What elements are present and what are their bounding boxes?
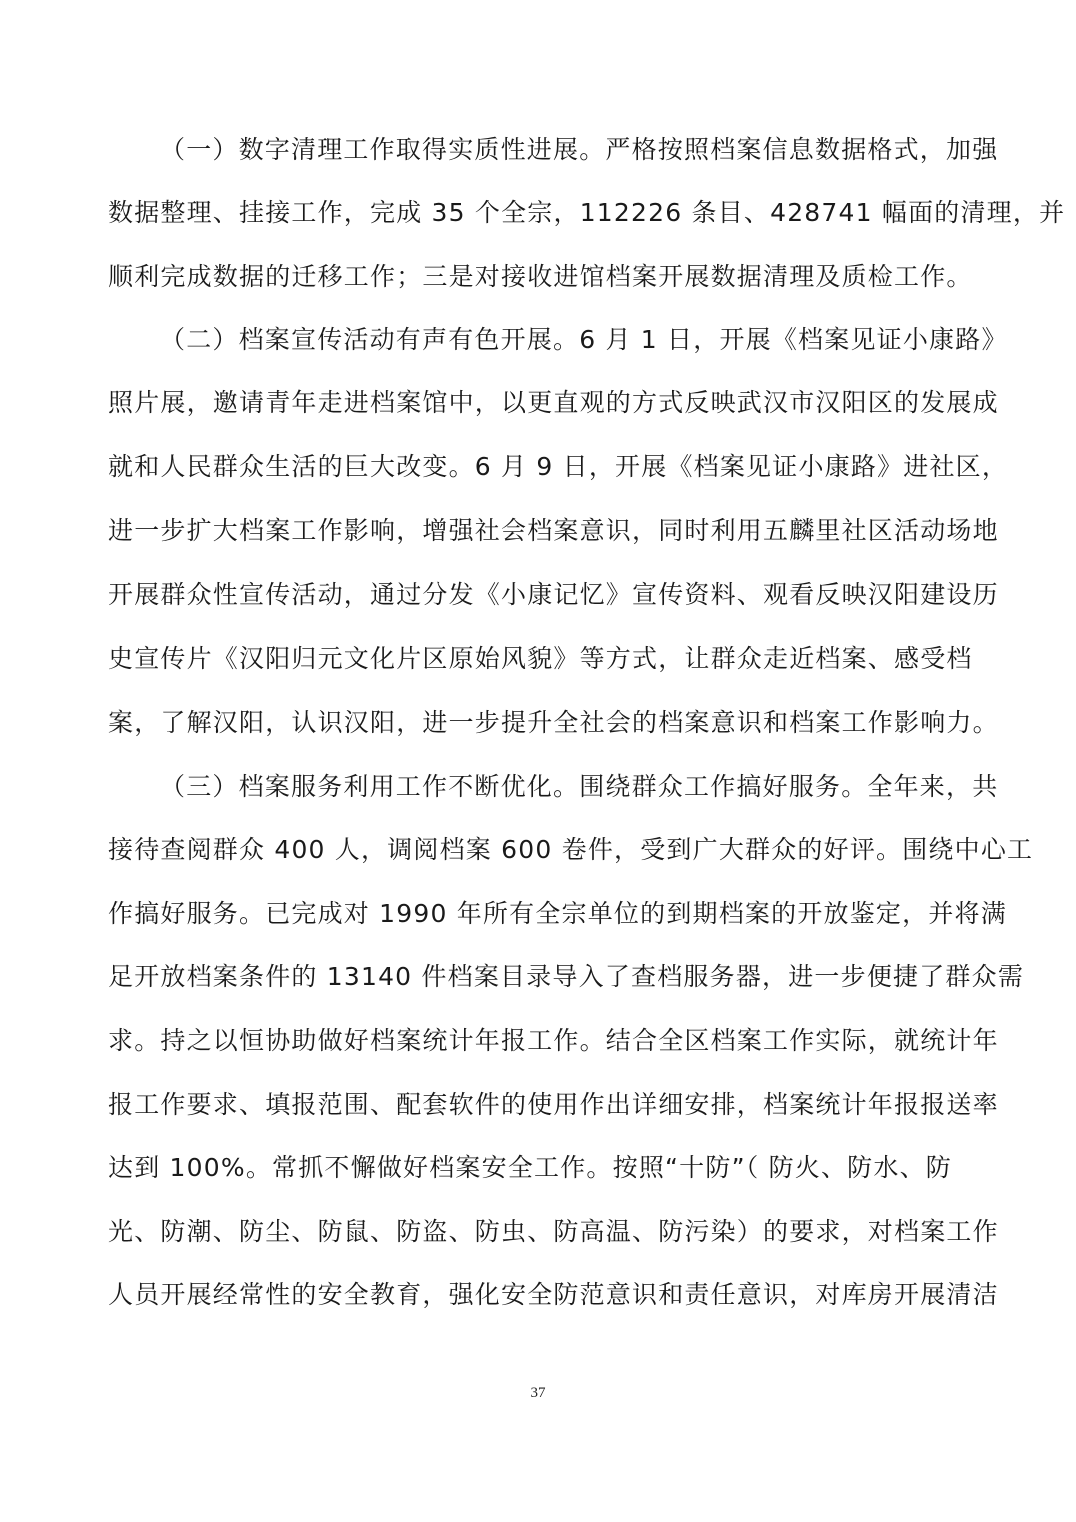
text-line: 就和人民群众生活的巨大改变。6 月 9 日，开展《档案见证小康路》进社区， <box>108 447 968 487</box>
text-line: 足开放档案条件的 13140 件档案目录导入了查档服务器，进一步便捷了群众需 <box>108 957 968 997</box>
text-line: 作搞好服务。已完成对 1990 年所有全宗单位的到期档案的开放鉴定，并将满 <box>108 894 968 934</box>
text-line: 报工作要求、填报范围、配套软件的使用作出详细安排，档案统计年报报送率 <box>108 1085 968 1125</box>
text-line: 史宣传片《汉阳归元文化片区原始风貌》等方式，让群众走近档案、感受档 <box>108 639 968 679</box>
text-line: （三）档案服务利用工作不断优化。围绕群众工作搞好服务。全年来，共 <box>160 767 968 807</box>
text-line: 数据整理、挂接工作，完成 35 个全宗，112226 条目、428741 幅面的… <box>108 193 968 233</box>
text-line: 照片展，邀请青年走进档案馆中，以更直观的方式反映武汉市汉阳区的发展成 <box>108 383 968 423</box>
text-line: 案，了解汉阳，认识汉阳，进一步提升全社会的档案意识和档案工作影响力。 <box>108 703 968 743</box>
text-line: 开展群众性宣传活动，通过分发《小康记忆》宣传资料、观看反映汉阳建设历 <box>108 575 968 615</box>
text-line: 进一步扩大档案工作影响，增强社会档案意识，同时利用五麟里社区活动场地 <box>108 511 968 551</box>
text-line: 人员开展经常性的安全教育，强化安全防范意识和责任意识，对库房开展清洁 <box>108 1275 968 1315</box>
text-line: 达到 100%。常抓不懈做好档案安全工作。按照“十防”（ 防火、防水、防 <box>108 1148 968 1188</box>
page-number: 37 <box>0 1383 1076 1403</box>
document-page: （一）数字清理工作取得实质性进展。严格按照档案信息数据格式，加强 数据整理、挂接… <box>0 0 1076 1522</box>
text-line: 接待查阅群众 400 人，调阅档案 600 卷件，受到广大群众的好评。围绕中心工 <box>108 830 968 870</box>
text-line: 求。持之以恒协助做好档案统计年报工作。结合全区档案工作实际，就统计年 <box>108 1021 968 1061</box>
text-line: 顺利完成数据的迁移工作；三是对接收进馆档案开展数据清理及质检工作。 <box>108 257 968 297</box>
text-line: 光、防潮、防尘、防鼠、防盗、防虫、防高温、防污染）的要求，对档案工作 <box>108 1212 968 1252</box>
text-line: （二）档案宣传活动有声有色开展。6 月 1 日，开展《档案见证小康路》 <box>160 320 968 360</box>
text-line: （一）数字清理工作取得实质性进展。严格按照档案信息数据格式，加强 <box>160 130 968 170</box>
